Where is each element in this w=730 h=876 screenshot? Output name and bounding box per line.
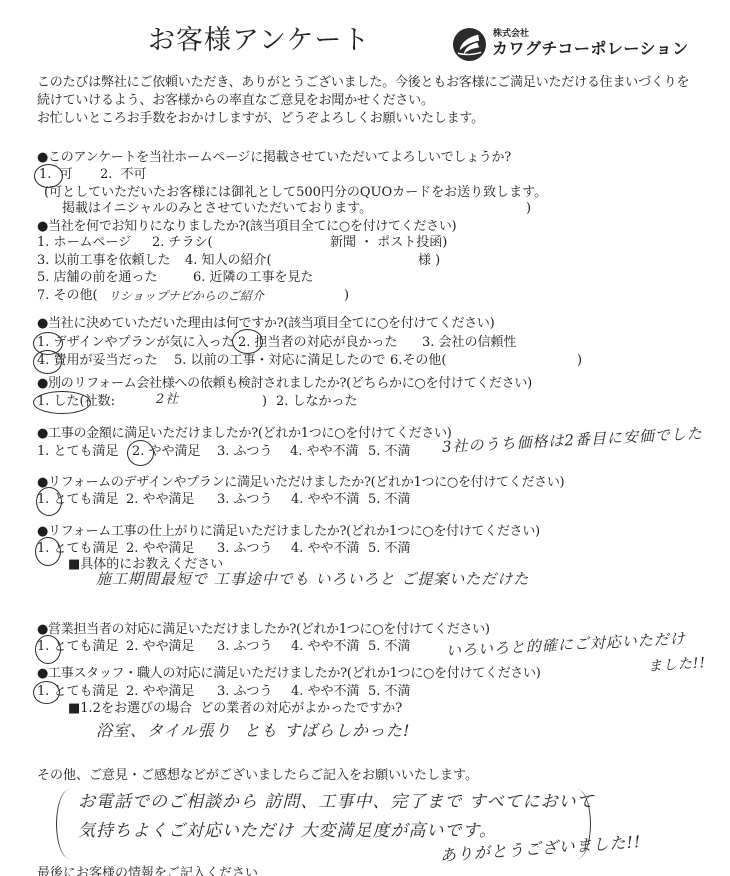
question-heading-sales: ●営業担当者の対応に満足いただけましたか?(どれか1つに○を付けてください)	[37, 622, 490, 638]
selection-circle	[35, 635, 61, 664]
publish-note-line: 掲載はイニシャルのみとさせていただいております。	[62, 201, 372, 217]
option-referral-suffix: 様 )	[418, 253, 440, 269]
scale-option: 2. やや満足	[126, 541, 195, 557]
question-heading-staff: ●工事スタッフ・職人の対応に満足いただけましたか?(どれか1つに○を付けてくださ…	[37, 666, 540, 682]
selection-circle	[33, 681, 60, 704]
question-heading-finish: ●リフォーム工事の仕上がりに満足いただけましたか?(どれか1つに○を付けてくださ…	[37, 524, 540, 540]
intro-line: お忙しいところお手数をおかけしますが、どうぞよろしくお願いいたします。	[37, 111, 484, 127]
staff-detail-label: ■1.2をお選びの場合 どの業者の対応がよかったですか?	[68, 701, 402, 717]
comment-bracket-left	[56, 789, 71, 859]
scale-option: 4. やや不満	[291, 639, 360, 655]
question-heading-compare: ●別のリフォーム会社様への依頼も検討されましたか?(どちらかに○を付けてください…	[37, 376, 532, 392]
option-flyer: 2. チラシ(	[152, 235, 213, 251]
handwritten-free-comment-line: 気持ちよくご対応いただけ 大変満足度が高いです。	[78, 820, 497, 842]
intro-line: このたびは弊社にご依頼いただき、ありがとうございました。今後ともお客様にご満足い…	[37, 75, 689, 91]
next-section-heading: 最後にお客様の情報をご記入ください	[37, 866, 258, 876]
option-referral: 4. 知人の紹介(	[185, 253, 272, 269]
handwritten-company-count: 2社	[156, 392, 179, 408]
option-compared-no: 2. しなかった	[276, 394, 358, 410]
scale-option: 4. やや不満	[290, 444, 359, 460]
scale-option: 2. やや満足	[126, 684, 195, 700]
handwritten-free-comment-line: お電話でのご相談から 訪問、工事中、完了まで すべてにおいて	[78, 791, 594, 813]
scale-option: 5. 不満	[368, 444, 411, 460]
scale-option: 3. ふつう	[217, 492, 273, 508]
question-heading-source: ●当社を何でお知りになりましたか?(該当項目全てに○を付けてください)	[37, 219, 456, 235]
question-heading-price: ●工事の金額に満足いただけましたか?(どれか1つに○を付けてください)	[37, 426, 452, 442]
option-design-plan: 1. デザインやプランが気に入った	[37, 335, 235, 351]
survey-title: お客様アンケート	[148, 24, 370, 58]
selection-circle	[127, 440, 154, 466]
scale-option: 4. やや不満	[291, 684, 360, 700]
handwritten-finish-answer: 施工期間最短で 工事途中でも いろいろと ご提案いただけた	[96, 569, 529, 589]
option-homepage: 1. ホームページ	[37, 235, 131, 251]
question-heading-reason: ●当社に決めていただいた理由は何ですか?(該当項目全てに○を付けてください)	[37, 316, 494, 332]
option-passed-store: 5. 店舗の前を通った	[37, 270, 158, 286]
handwritten-other-source: リショップナビからのご紹介	[108, 288, 264, 304]
scale-option: 3. ふつう	[217, 541, 273, 557]
scale-option: 2. やや満足	[126, 492, 195, 508]
option-compared-close: )	[262, 394, 267, 410]
publish-note-line: (可としていただいたお客様には御礼として500円分のQUOカードをお送り致します…	[44, 185, 547, 201]
scale-option: 5. 不満	[368, 639, 411, 655]
selection-circle	[33, 350, 62, 374]
selection-circle	[232, 329, 263, 354]
scale-option: 3. ふつう	[217, 444, 273, 460]
option-publish-no: 2. 不可	[100, 167, 147, 183]
scale-option: 2. やや満足	[126, 639, 195, 655]
free-comment-label: その他、ご意見・ご感想などがございましたらご記入をお願いいたします。	[37, 768, 478, 784]
scale-option: 1. とても満足	[37, 444, 119, 460]
scale-option: 4. やや不満	[291, 541, 360, 557]
question-heading-design: ●リフォームのデザインやプランに満足いただけましたか?(どれか1つに○を付けてく…	[37, 475, 564, 491]
scale-option: 3. ふつう	[217, 684, 273, 700]
scale-option: 4. やや不満	[291, 492, 360, 508]
publish-note-close: )	[526, 201, 531, 217]
intro-line: 続けていけるよう、お客様からの率直なご意見をお聞かせください。	[37, 93, 434, 109]
road-swoosh-logo-icon	[452, 27, 487, 62]
logo-company-name: カワグチコーポレーション	[492, 39, 689, 59]
option-reliability: 3. 会社の信頼性	[422, 335, 517, 351]
option-other: 7. その他(	[37, 288, 98, 304]
scale-option: 5. 不満	[368, 684, 411, 700]
option-reason-other: 6.その他(	[390, 353, 446, 369]
handwritten-sales-comment-end: ました!!	[647, 654, 706, 676]
scale-option: 5. 不満	[368, 492, 411, 508]
selection-circle	[33, 391, 91, 414]
option-previous-work: 3. 以前工事を依頼した	[37, 253, 171, 269]
handwritten-price-comment: 3社のうち価格は2番目に安価でした	[442, 424, 704, 456]
option-flyer-detail: 新聞 ・ ポスト投函)	[330, 235, 447, 251]
option-reason-other-close: )	[577, 353, 582, 369]
question-heading-publish: ●このアンケートを当社ホームページに掲載させていただいてよろしいでしょうか?	[37, 150, 511, 166]
selection-circle	[36, 487, 62, 516]
scale-option: 3. ふつう	[217, 639, 273, 655]
option-previous-satisfaction: 5. 以前の工事・対応に満足したので	[174, 353, 386, 369]
option-nearby-work: 6. 近隣の工事を見た	[193, 270, 314, 286]
scale-option: 5. 不満	[368, 541, 411, 557]
handwritten-staff-answer: 浴室、タイル張り とも すばらしかった!	[96, 721, 410, 741]
option-other-close: )	[344, 288, 349, 304]
selection-circle	[35, 537, 61, 566]
